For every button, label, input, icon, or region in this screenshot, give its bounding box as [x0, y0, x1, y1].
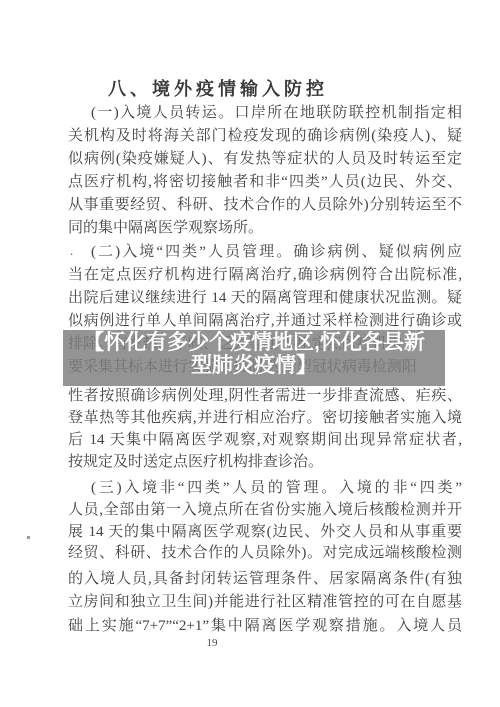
body-line: 础上实施“7+7”“2+1”集中隔离医学观察措施。入境人员 [68, 617, 462, 636]
body-line: 经贸、科研、技术合作的人员除外)。对完成远端核酸检测 [68, 544, 462, 563]
watermark-title-line2: 型肺炎疫情】 [63, 354, 445, 377]
body-line: 展 14 天的集中隔离医学观察(边民、外交人员和从事重要 [68, 523, 462, 542]
body-line: (二)入境“四类”人员管理。确诊病例、疑似病例应 [68, 243, 462, 262]
scan-artifact-dot: . [70, 243, 73, 259]
body-line: 似病例进行单人单间隔离治疗,并通过采样检测进行确诊或 [68, 312, 462, 331]
body-line: 从事重要经贸、科研、技术合作的人员除外)分别转运至不 [68, 196, 462, 215]
body-line: 点医疗机构,将密切接触者和非“四类”人员(边民、外交、 [68, 173, 462, 192]
body-line: 性者按照确诊病例处理,阴性者需进一步排查流感、疟疾、 [68, 387, 462, 406]
page-number: 19 [196, 637, 228, 649]
document-page: 八、境外疫情输入防控 (一)入境人员转运。口岸所在地联防联控机制指定相关机构及时… [0, 0, 500, 707]
body-line: 当在定点医疗机构进行隔离治疗,确诊病例符合出院标准, [68, 266, 462, 285]
body-line: (一)入境人员转运。口岸所在地联防联控机制指定相 [68, 104, 462, 123]
watermark-title: 【怀化有多少个疫情地区,怀化各县新 型肺炎疫情】 [63, 331, 445, 377]
section-heading: 八、境外疫情输入防控 [108, 75, 328, 101]
body-line: 立房间和独立卫生间)并能进行社区精准管控的可在自愿基 [68, 593, 462, 612]
body-line: 出院后建议继续进行 14 天的隔离管理和健康状况监测。疑 [68, 289, 462, 308]
body-line: 关机构及时将海关部门检疫发现的确诊病例(染疫人)、疑 [68, 127, 462, 146]
body-line: 按规定及时送定点医疗机构排查诊治。 [68, 453, 462, 472]
watermark-title-line1: 【怀化有多少个疫情地区,怀化各县新 [63, 331, 445, 354]
scan-artifact-speck [27, 536, 30, 539]
body-line: 的入境人员,具备封闭转运管理条件、居家隔离条件(有独 [68, 570, 462, 589]
body-line: 后 14 天集中隔离医学观察,对观察期间出现异常症状者, [68, 431, 462, 450]
body-line: 同的集中隔离医学观察场所。 [68, 219, 462, 238]
body-line: 登革热等其他疾病,并进行相应治疗。密切接触者实施入境 [68, 409, 462, 428]
body-line: 似病例(染疫嫌疑人)、有发热等症状的人员及时转运至定 [68, 150, 462, 169]
body-line: 人员,全部由第一入境点所在省份实施入境后核酸检测并开 [68, 501, 462, 520]
body-line: (三)入境非“四类”人员的管理。入境的非“四类” [68, 479, 462, 498]
